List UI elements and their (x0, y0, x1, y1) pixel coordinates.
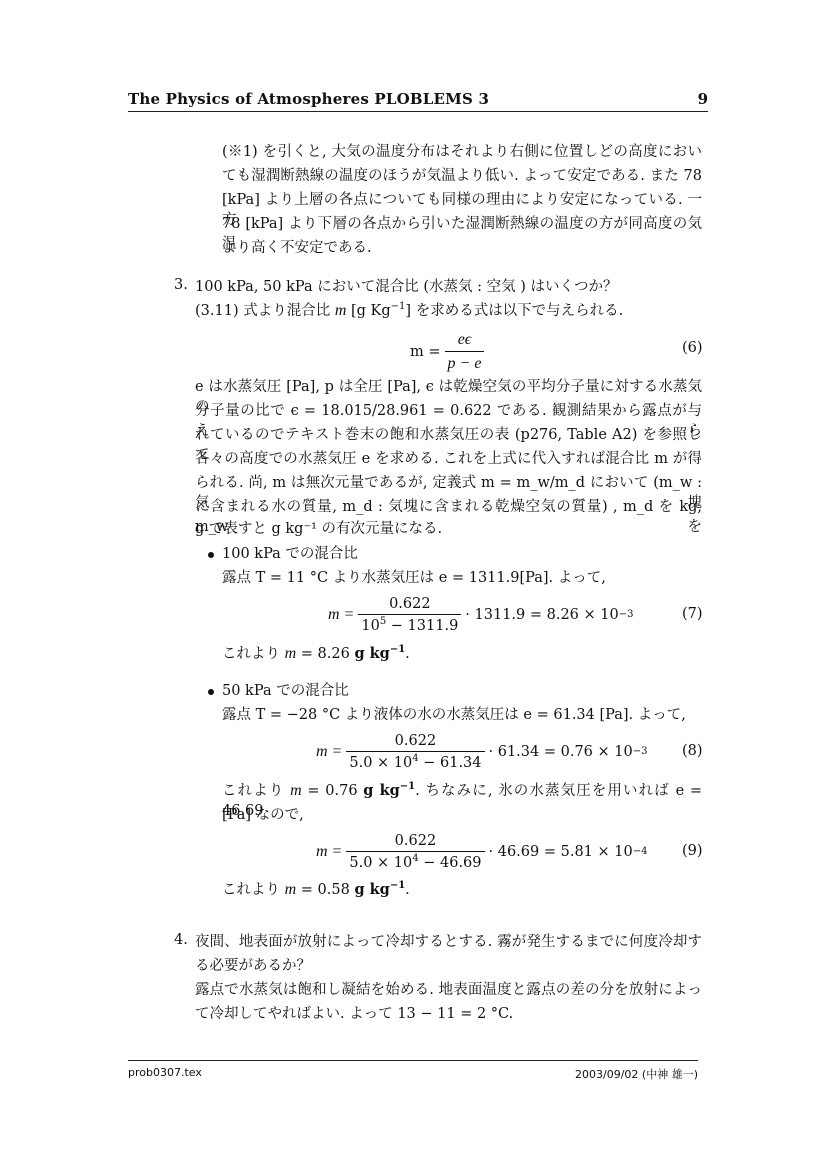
equation-8: m = 0.622 5.0 × 104 − 61.34 · 61.34 = 0.… (316, 733, 647, 771)
text-line: (※1) を引くと, 大気の温度分布はそれより右側に位置しどの高度におい (222, 142, 702, 162)
bullet-title: 100 kPa での混合比 (222, 544, 358, 564)
formula-intro: (3.11) 式より混合比 m [g Kg−1] を求める式は以下で与えられる. (195, 301, 623, 321)
equation-number: (6) (682, 340, 703, 356)
text-line: 露点 T = −28 °C より液体の水の水蒸気圧は e = 61.34 [Pa… (222, 705, 686, 725)
equation-number: (7) (682, 606, 703, 622)
bullet-title: 50 kPa での混合比 (222, 681, 349, 701)
text-line: ても湿潤断熱線の温度のほうが気温より低い. よって安定である. また 78 (222, 166, 702, 186)
text-line: より高く不安定である. (222, 238, 372, 258)
answer-line: て冷却してやればよい. よって 13 − 11 = 2 °C. (195, 1004, 513, 1024)
footer-filename: prob0307.tex (128, 1066, 202, 1079)
result-line: これより m = 8.26 g kg−1. (222, 644, 410, 664)
problem-question: 100 kPa, 50 kPa において混合比 (水蒸気 : 空気 ) はいくつ… (195, 277, 618, 297)
text-line: 各々の高度での水蒸気圧 e を求める. これを上式に代入すれば混合比 m が得 (195, 449, 702, 469)
bullet-icon (208, 689, 214, 695)
problem-number: 3. (174, 277, 188, 293)
text-line: g で表すと g kg⁻¹ の有次元量になる. (195, 519, 442, 539)
equation-9: m = 0.622 5.0 × 104 − 46.69 · 46.69 = 5.… (316, 833, 647, 871)
header-rule (128, 111, 708, 112)
running-header-title: The Physics of Atmospheres PLOBLEMS 3 (128, 90, 489, 108)
problem-number: 4. (174, 932, 188, 948)
bullet-icon (208, 552, 214, 558)
equation-number: (9) (682, 843, 703, 859)
text-line: [Pa] なので, (222, 805, 304, 825)
problem-question: 夜間、地表面が放射によって冷却するとする. 霧が発生するまでに何度冷却す (195, 932, 702, 952)
footer-date-author: 2003/09/02 (中神 雄一) (560, 1066, 698, 1082)
result-line: これより m = 0.58 g kg−1. (222, 880, 410, 900)
answer-line: 露点で水蒸気は飽和し凝結を始める. 地表面温度と露点の差の分を放射によっ (195, 980, 702, 1000)
text-line: 露点 T = 11 °C より水蒸気圧は e = 1311.9[Pa]. よって… (222, 568, 606, 588)
equation-6: m = eϵ p − e (410, 331, 488, 373)
problem-question: る必要があるか？ (195, 956, 311, 976)
equation-number: (8) (682, 743, 703, 759)
footer-rule (128, 1060, 698, 1061)
page-number: 9 (692, 90, 708, 108)
equation-7: m = 0.622 105 − 1311.9 · 1311.9 = 8.26 ×… (328, 596, 633, 634)
